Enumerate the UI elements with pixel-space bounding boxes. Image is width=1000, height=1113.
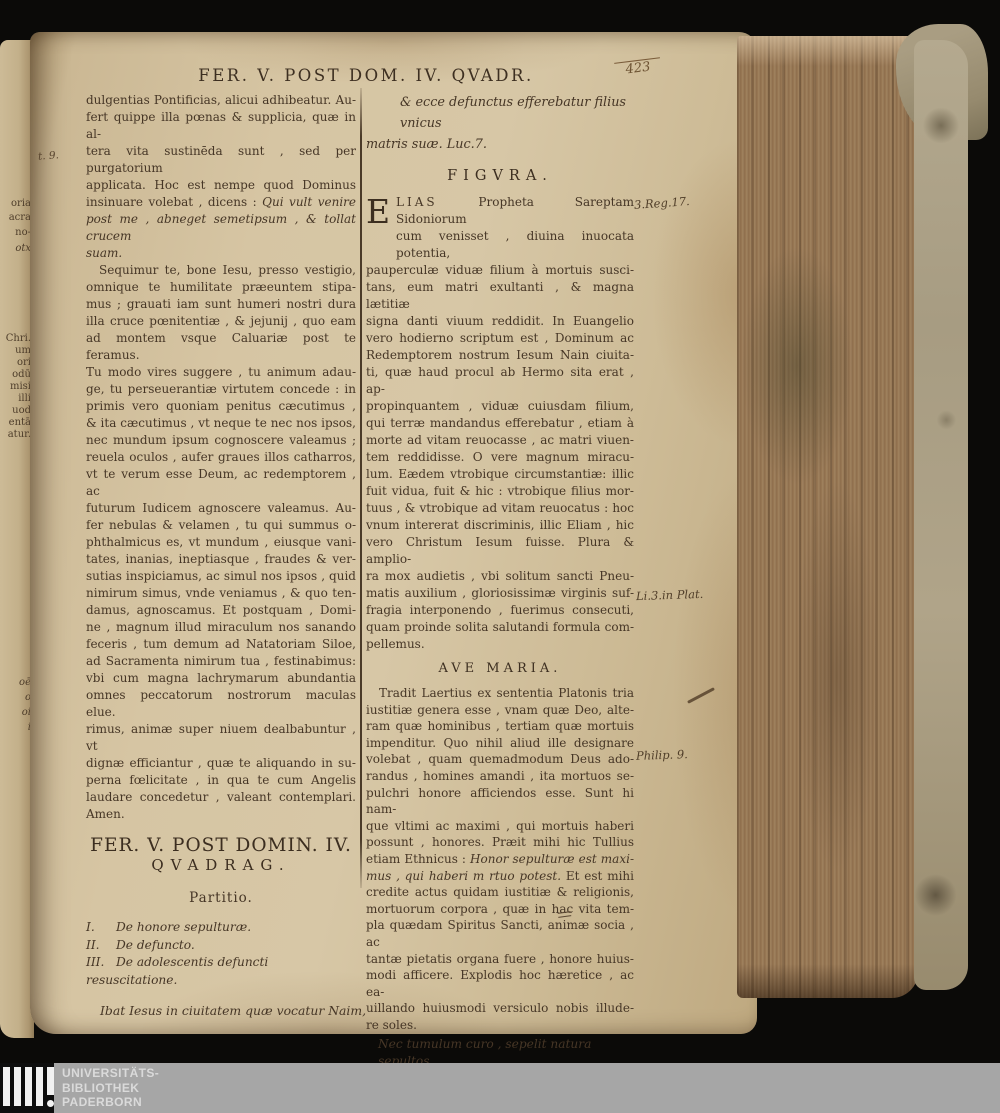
book-fore-edge — [737, 36, 918, 998]
text-line: mus ; grauati iam sunt humeri nostri dur… — [86, 296, 356, 313]
text-line: suam. — [86, 245, 356, 262]
text-line: Sequimur te, bone Iesu, presso vestigio, — [86, 262, 356, 279]
edge-text-fragment: ori — [17, 357, 31, 368]
left-text-column: dulgentias Pontificias, alicui adhibeatu… — [86, 92, 356, 1019]
library-logo — [0, 1063, 54, 1113]
logo-bar-icon — [25, 1067, 32, 1106]
library-name: UNIVERSITÄTS- BIBLIOTHEK PADERBORN — [62, 1066, 159, 1110]
running-title: FER. V. POST DOM. IV. QVADR. — [86, 66, 646, 85]
gospel-quote: & ecce defunctus efferebatur filius vnic… — [366, 92, 634, 155]
library-name-line2: BIBLIOTHEK — [62, 1081, 159, 1096]
text-line: cum venisset , diuina inuocata potentia, — [366, 228, 634, 262]
text-line: pla quædam Spiritus Sancti, animæ socia … — [366, 917, 634, 950]
margin-note-3reg17: 3.Reg.17. — [634, 194, 691, 212]
text-line: dulgentias Pontificias, alicui adhibeatu… — [86, 92, 356, 109]
book-scan-canvas: oriaacrano-otxChri.umoriodūmisiilliuoden… — [0, 0, 1000, 1113]
edge-text-fragment: uod — [12, 405, 31, 416]
text-line: matris suæ. Luc.7. — [366, 134, 634, 155]
text-line: ram quæ hominibus , tertiam quæ mortuis — [366, 718, 634, 735]
edge-text-fragment: misi — [10, 381, 31, 392]
text-line: ge, tu perseuerantiæ virtutem concede : … — [86, 381, 356, 398]
text-line: impenditur. Quo nihil aliud ille designa… — [366, 735, 634, 752]
figura-heading: FIGVRA. — [366, 168, 634, 185]
text-line: vnum intererat discriminis, illic Eliam … — [366, 517, 634, 534]
partitio-list: I.De honore sepulturæ.II.De defuncto.III… — [86, 919, 356, 989]
text-line: omnes peccatorum nostrorum maculas elue. — [86, 687, 356, 721]
text-line: ti, quæ haud procul ab Hermo sita erat ,… — [366, 364, 634, 398]
text-line: quam proinde solita salutandi formula co… — [366, 619, 634, 636]
text-line: primis vero quoniam penitus cæcutimus , — [86, 398, 356, 415]
gutter-margin-note: t. 9. — [38, 149, 60, 162]
text-line: dignæ efficiantur , quæ te aliquando in … — [86, 755, 356, 772]
library-footer-band: UNIVERSITÄTS- BIBLIOTHEK PADERBORN — [0, 1063, 1000, 1113]
text-line: etiam Ethnicus : Honor sepulturæ est max… — [366, 851, 634, 868]
text-line: nec mundum ipsum cognoscere valeamus ; — [86, 432, 356, 449]
book-cover-edge — [914, 40, 968, 990]
edge-text-fragment: otx — [15, 243, 31, 254]
logo-bar-icon — [14, 1067, 21, 1106]
edge-text-fragment: Chri. — [6, 333, 31, 344]
text-line: modi afficere. Explodis hoc hæretice , a… — [366, 967, 634, 1000]
text-line: Tradit Laertius ex sententia Platonis tr… — [366, 685, 634, 702]
book-page: FER. V. POST DOM. IV. QVADR. 423 t. 9. d… — [30, 32, 757, 1034]
text-line: post me , abneget semetipsum , & tollat … — [86, 211, 356, 245]
text-line: Redemptorem nostrum Iesum Nain ciuita- — [366, 347, 634, 364]
text-line: II.De defuncto. — [86, 937, 356, 955]
text-line: III.De adolescentis defuncti resuscitati… — [86, 954, 356, 989]
text-line: Amen. — [86, 806, 356, 823]
text-line: fert quippe illa pœnas & supplicia, quæ … — [86, 109, 356, 143]
text-line: tantæ pietatis organa fuere , honore hui… — [366, 951, 634, 968]
text-line: sutias inspiciamus, ac simul nos ipsos ,… — [86, 568, 356, 585]
text-line: fer nebulas & velamen , tu qui summus o- — [86, 517, 356, 534]
text-line: ra mox audietis , vbi solitum sancti Pne… — [366, 568, 634, 585]
edge-text-fragment: um — [15, 345, 31, 356]
text-line: perna fœlicitate , in qua te cum Angelis — [86, 772, 356, 789]
sermon-heading-line2: QVADRAG. — [86, 857, 356, 874]
text-line: vero Christum Iesum fuisse. Plura & ampl… — [366, 534, 634, 568]
text-line: fragia interponendo , fuerimus consecuti… — [366, 602, 634, 619]
text-line: pauperculæ viduæ filium à mortuis susci- — [366, 262, 634, 279]
left-paragraphs: dulgentias Pontificias, alicui adhibeatu… — [86, 92, 356, 823]
text-line: applicata. Hoc est nempe quod Dominus — [86, 177, 356, 194]
text-line: & ita cæcutimus , vt neque te nec nos ip… — [86, 415, 356, 432]
edge-text-fragment: oria — [11, 198, 31, 209]
text-line: fuit vidua, fuit & hic : vtrobique filiu… — [366, 483, 634, 500]
text-line: ne , magnum illud miraculum nos sanando — [86, 619, 356, 636]
right-text-column: & ecce defunctus efferebatur filius vnic… — [366, 92, 634, 1088]
text-line: ad montem vsque Caluariæ post te feramus… — [86, 330, 356, 364]
text-line: possunt , honores. Præit mihi hic Tulliu… — [366, 834, 634, 851]
text-line: LIAS Propheta Sareptam Sidoniorum — [366, 194, 634, 228]
text-line: laudare concedetur , valeant contemplari… — [86, 789, 356, 806]
text-line: nimirum simus, vnde veniamus , & quo ten… — [86, 585, 356, 602]
drop-cap-initial: E — [366, 195, 390, 228]
library-name-line3: PADERBORN — [62, 1095, 159, 1110]
edge-text-fragment: acra — [9, 212, 31, 223]
text-line: uillando huiusmodi versiculo nobis illud… — [366, 1000, 634, 1017]
previous-page-edge: oriaacrano-otxChri.umoriodūmisiilliuoden… — [0, 40, 34, 1038]
edge-text-fragment: atur. — [8, 429, 31, 440]
text-line: volebat , quam quemadmodum Deus ado- — [366, 751, 634, 768]
text-line: I.De honore sepulturæ. — [86, 919, 356, 937]
text-line: vbi cum magna lachrymarum abundantia — [86, 670, 356, 687]
gospel-incipit: Ibat Iesus in ciuitatem quæ vocatur Naim… — [86, 1002, 356, 1019]
logo-exclamation-icon — [47, 1067, 54, 1095]
sermon-heading-line1: FER. V. POST DOMIN. IV. — [86, 837, 356, 854]
text-line: illa cruce pœnitentiæ , & jejunij , quo … — [86, 313, 356, 330]
ave-maria-paragraph: Tradit Laertius ex sententia Platonis tr… — [366, 685, 634, 1033]
text-line: & ecce defunctus efferebatur filius vnic… — [366, 92, 634, 134]
text-line: matis auxilium , gloriosissimæ virginis … — [366, 585, 634, 602]
text-line: ad Sacramenta nimirum tua , festinabimus… — [86, 653, 356, 670]
edge-text-fragment: odū — [12, 369, 31, 380]
ink-stroke-mark — [687, 687, 715, 704]
text-line: mortuorum corpora , quæ in hac vita tem- — [366, 901, 634, 918]
text-line: Tu modo vires suggere , tu animum adau- — [86, 364, 356, 381]
text-line: mus , qui haberi m rtuo potest. Et est m… — [366, 868, 634, 885]
figura-paragraph: E LIAS Propheta Sareptam Sidoniorumcum v… — [366, 194, 634, 653]
text-line: tates, inanias, ineptiasque , fraudes & … — [86, 551, 356, 568]
text-line: tem reddidisse. O vere magnum miracu- — [366, 449, 634, 466]
text-line: pulchri honore afficiendos esse. Sunt hi… — [366, 785, 634, 818]
edge-text-fragment: entā — [9, 417, 31, 428]
figura-lines: LIAS Propheta Sareptam Sidoniorumcum ven… — [366, 194, 634, 653]
text-line: re soles. — [366, 1017, 634, 1034]
text-line: que vltimi ac maximi , qui mortuis haber… — [366, 818, 634, 835]
text-line: randus , homines amandi , ita mortuos se… — [366, 768, 634, 785]
ave-maria-heading: AVE MARIA. — [366, 660, 634, 677]
edge-text-fragment: no- — [15, 227, 31, 238]
text-line: signa danti viuum reddidit. In Euangelio — [366, 313, 634, 330]
text-line: vero hodierno scriptum est , Dominum ac — [366, 330, 634, 347]
text-line: damus, agnoscamus. Et postquam , Domi- — [86, 602, 356, 619]
text-line: iustitiæ genera esse , vnam quæ Deo, alt… — [366, 702, 634, 719]
margin-note-philip9: Philip. 9. — [636, 747, 688, 763]
text-line: credite actus quidam iustitiæ & religion… — [366, 884, 634, 901]
library-name-line1: UNIVERSITÄTS- — [62, 1066, 159, 1081]
partitio-heading: Partitio. — [86, 890, 356, 907]
text-line: morte ad vitam reuocasse , ac matri viue… — [366, 432, 634, 449]
logo-exclamation-dot-icon — [47, 1100, 54, 1107]
text-line: tuus , & vtrobique ad vitam reuocatus : … — [366, 500, 634, 517]
logo-bar-icon — [36, 1067, 43, 1106]
text-line: pellemus. — [366, 636, 634, 653]
text-line: phthalmicus es, vt mundum , eiusque vani… — [86, 534, 356, 551]
text-line: futurum Iudicem agnoscere valeamus. Au- — [86, 500, 356, 517]
text-line: feceris , tum demum ad Natatoriam Siloe, — [86, 636, 356, 653]
text-line: rimus, animæ super niuem dealbabuntur , … — [86, 721, 356, 755]
text-line: tera vita sustinēda sunt , sed per purga… — [86, 143, 356, 177]
text-line: tans, eum matri exultanti , & magna læti… — [366, 279, 634, 313]
text-line: lum. Eædem vtrobique circumstantiæ: illi… — [366, 466, 634, 483]
page-number: 423 — [614, 57, 662, 78]
text-line: vt te verum esse Deum, ac redemptorem , … — [86, 466, 356, 500]
text-line: omnique te humilitate præeuntem stipa- — [86, 279, 356, 296]
margin-note-li3-plat: Li.3.in Plat. — [636, 587, 704, 603]
text-line: propinquantem , viduæ cuiusdam filium, — [366, 398, 634, 415]
text-line: reuela oculos , aufer graues illos catha… — [86, 449, 356, 466]
text-line: qui terræ mandandus efferebatur , etiam … — [366, 415, 634, 432]
text-line: insinuare volebat , dicens : Qui vult ve… — [86, 194, 356, 211]
column-divider-rule — [360, 88, 362, 888]
logo-bar-icon — [3, 1067, 10, 1106]
